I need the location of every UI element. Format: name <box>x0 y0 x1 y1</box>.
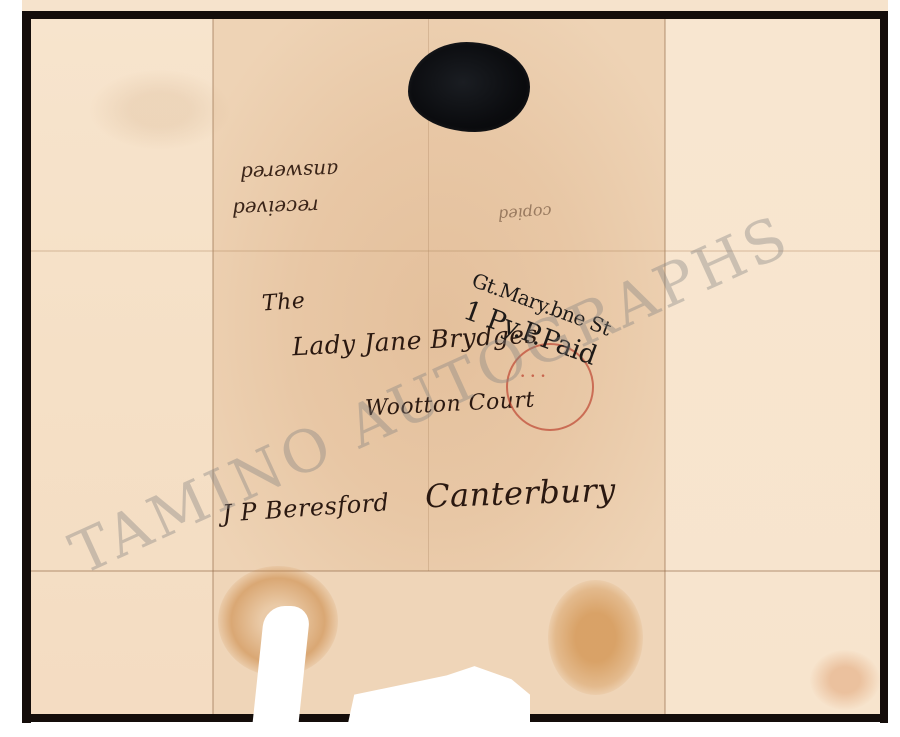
age-stain <box>90 70 230 150</box>
age-stain <box>810 650 880 710</box>
endorsement-note: received <box>232 194 320 221</box>
address-salutation: The <box>261 289 306 317</box>
mourning-border-left <box>22 11 31 723</box>
fold-line <box>31 570 880 572</box>
mourning-border-right <box>880 11 888 723</box>
address-city: Canterbury <box>424 471 616 516</box>
right-fold-panel <box>665 19 880 714</box>
wax-stain <box>548 580 643 695</box>
fold-line <box>664 19 666 714</box>
endorsement-note: copied <box>497 202 552 225</box>
endorsement-note: answered <box>240 158 339 185</box>
wax-seal-icon <box>408 42 530 132</box>
mourning-border-top <box>22 11 888 19</box>
